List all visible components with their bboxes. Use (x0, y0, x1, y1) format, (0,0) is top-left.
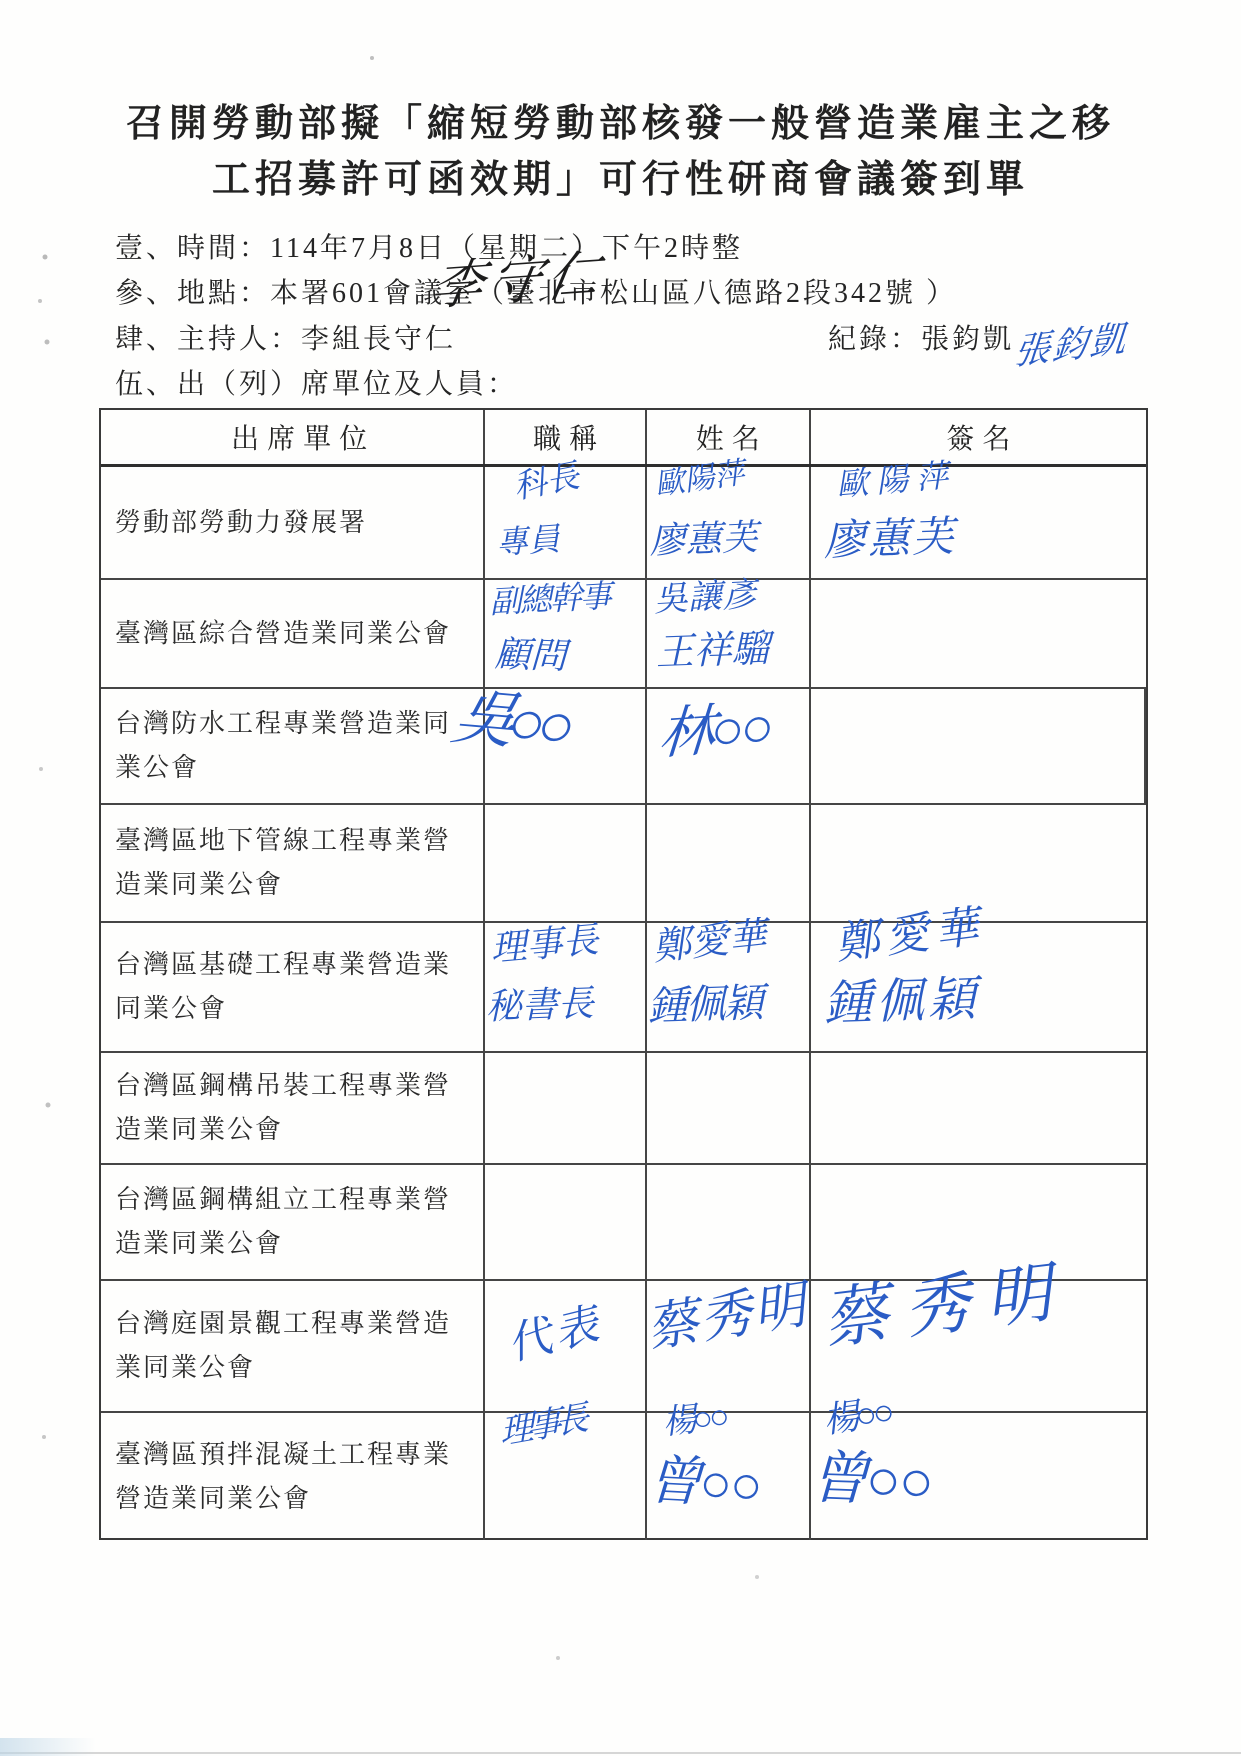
scan-corner-artifact (0, 1738, 96, 1756)
handwritten-title: 科長 (511, 460, 582, 505)
header-unit: 出席單位 (223, 417, 375, 457)
table-row: 臺灣區地下管線工程專業營 造業同業公會 (101, 805, 1146, 923)
header-title: 職稱 (525, 417, 605, 457)
unit-name: 台灣區基礎工程專業營造業 (115, 943, 483, 987)
unit-name: 業公會 (115, 746, 483, 790)
handwritten-title: 秘書長 (485, 985, 594, 1025)
unit-name: 造業同業公會 (115, 863, 483, 907)
table-row: 台灣區基礎工程專業營造業 同業公會 理事長 秘書長 鄭愛華 鍾佩穎 鄭愛華 鍾佩… (101, 923, 1146, 1053)
unit-name: 臺灣區預拌混凝土工程專業 (115, 1433, 483, 1477)
scan-specks (0, 0, 2, 2)
unit-name: 造業同業公會 (115, 1222, 483, 1266)
handwritten-name: 鄭愛華 (651, 917, 768, 967)
attendance-table: 出席單位 職稱 姓名 簽名 勞動部勞動力發展署 科長 專員 歐陽萍 廖蕙芙 歐陽… (99, 408, 1148, 1540)
table-row: 臺灣區綜合營造業同業公會 副總幹事 顧問 吳讓彥 王祥騮 (101, 580, 1146, 689)
table-row: 臺灣區預拌混凝土工程專業 營造業同業公會 理事長 楊○○ 曾○○ 楊○○ 曾○○ (101, 1413, 1146, 1540)
unit-name: 台灣防水工程專業營造業同 (115, 702, 483, 746)
document-title-line1: 召開勞動部擬「縮短勞動部核發一般營造業雇主之移 (0, 92, 1241, 147)
header-name: 姓名 (688, 417, 768, 457)
handwritten-name: 鍾佩穎 (647, 983, 762, 1027)
unit-name: 業同業公會 (115, 1346, 483, 1390)
handwritten-signature: 廖蕙芙 (823, 516, 956, 563)
handwritten-title: 顧問 (494, 636, 567, 674)
document-title-line2: 工招募許可函效期」可行性研商會議簽到單 (0, 148, 1241, 203)
table-row: 台灣區鋼構吊裝工程專業營 造業同業公會 (101, 1053, 1146, 1165)
unit-name: 台灣區鋼構組立工程專業營 (115, 1178, 483, 1222)
scanned-signin-sheet: 召開勞動部擬「縮短勞動部核發一般營造業雇主之移 工招募許可函效期」可行性研商會議… (0, 0, 1241, 1756)
handwritten-name: 廖蕙芙 (649, 519, 758, 559)
table-row: 台灣防水工程專業營造業同 業公會 吳○○ 林○○ (101, 689, 1146, 805)
recorder-signature: 張鈞凱 (1013, 320, 1129, 371)
handwritten-title: 專員 (495, 523, 561, 559)
unit-name: 臺灣區綜合營造業同業公會 (115, 612, 483, 656)
meeting-time-line: 壹、時間：114年7月8日（星期二）下午2時整 (115, 226, 743, 266)
meeting-host-line: 肆、主持人：李組長守仁 (115, 317, 456, 357)
meeting-recorder-line: 紀錄：張鈞凱 (828, 317, 1014, 357)
handwritten-title: 副總幹事 (489, 580, 611, 618)
unit-name: 勞動部勞動力發展署 (115, 501, 483, 545)
unit-name: 台灣庭園景觀工程專業營造 (115, 1302, 483, 1346)
unit-name: 台灣區鋼構吊裝工程專業營 (115, 1064, 483, 1108)
handwritten-name: 王祥騮 (655, 630, 770, 672)
meeting-place-line: 參、地點：本署601會議室（臺北市松山區八德路2段342號 ） (115, 271, 957, 311)
table-row: 台灣區鋼構組立工程專業營 造業同業公會 (101, 1165, 1146, 1281)
unit-name: 造業同業公會 (115, 1108, 483, 1152)
unit-name: 營造業同業公會 (115, 1477, 483, 1521)
attendees-heading-line: 伍、出（列）席單位及人員： (115, 362, 518, 402)
scan-bottom-edge (0, 1752, 1241, 1754)
table-row: 勞動部勞動力發展署 科長 專員 歐陽萍 廖蕙芙 歐陽萍 廖蕙芙 (101, 467, 1146, 580)
table-row: 台灣庭園景觀工程專業營造 業同業公會 代表 蔡秀明 蔡秀明 (101, 1281, 1146, 1413)
handwritten-signature: 鍾佩穎 (823, 976, 981, 1029)
handwritten-title: 代表 (503, 1302, 607, 1368)
table-header-row: 出席單位 職稱 姓名 簽名 (101, 410, 1146, 467)
unit-name: 臺灣區地下管線工程專業營 (115, 819, 483, 863)
header-sign: 簽名 (938, 417, 1018, 457)
unit-name: 同業公會 (115, 987, 483, 1031)
handwritten-name: 蔡秀明 (643, 1280, 811, 1357)
handwritten-name: 曾○○ (646, 1453, 762, 1513)
handwritten-title: 理事長 (489, 922, 600, 967)
handwritten-name: 吳讓彥 (653, 579, 757, 618)
handwritten-signature: 曾○○ (809, 1449, 933, 1511)
